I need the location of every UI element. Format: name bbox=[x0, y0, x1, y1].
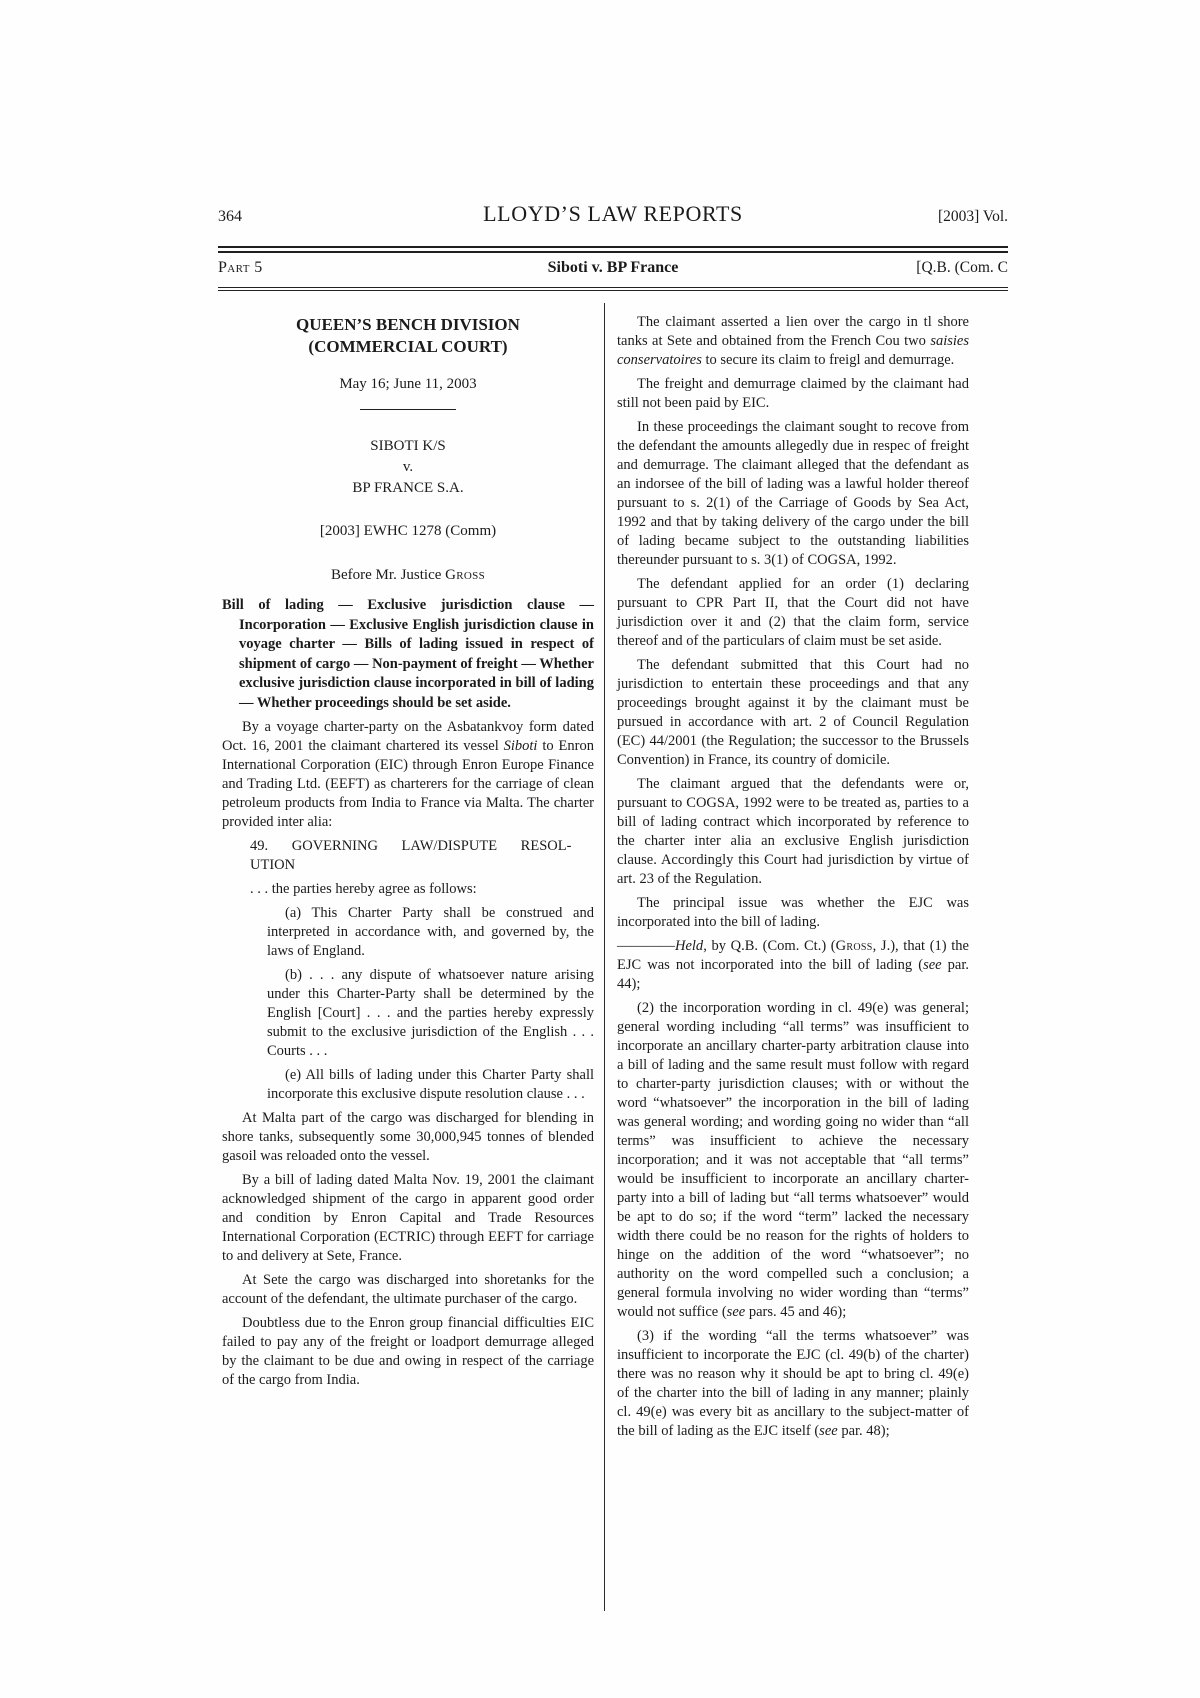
publication-title: LLOYD’S LAW REPORTS bbox=[368, 201, 858, 227]
part-label: Part 5 bbox=[218, 259, 368, 277]
judge-line: Before Mr. Justice Gross bbox=[222, 566, 594, 585]
column-divider bbox=[604, 303, 605, 1611]
proceedings-paragraph: In these proceedings the claimant sought… bbox=[617, 418, 969, 570]
facts-paragraph: By a voyage charter-party on the Asbatan… bbox=[222, 718, 594, 832]
claimant-name: SIBOTI K/S bbox=[222, 436, 594, 457]
page: 364 LLOYD’S LAW REPORTS [2003] Vol. Part… bbox=[0, 0, 1200, 1698]
submissions-paragraph: The claimant argued that the defendants … bbox=[617, 775, 969, 889]
facts-paragraph: By a bill of lading dated Malta Nov. 19,… bbox=[222, 1171, 594, 1266]
facts-paragraph: The freight and demurrage claimed by the… bbox=[617, 375, 969, 413]
proceedings-paragraph: The defendant applied for an order (1) d… bbox=[617, 575, 969, 651]
running-head: Part 5 Siboti v. BP France [Q.B. (Com. C bbox=[218, 259, 1008, 277]
held-paragraph: (2) the incorporation wording in cl. 49(… bbox=[617, 999, 969, 1322]
defendant-name: BP FRANCE S.A. bbox=[222, 478, 594, 499]
hearing-dates: May 16; June 11, 2003 bbox=[222, 375, 594, 394]
charter-clause-e: (e) All bills of lading under this Chart… bbox=[267, 1066, 594, 1104]
running-case-name: Siboti v. BP France bbox=[368, 259, 858, 277]
held-paragraph: ————Held, by Q.B. (Com. Ct.) (Gross, J.)… bbox=[617, 937, 969, 994]
header-double-rule bbox=[218, 246, 1008, 253]
neutral-citation: [2003] EWHC 1278 (Comm) bbox=[222, 522, 594, 541]
right-column: The claimant asserted a lien over the ca… bbox=[617, 300, 969, 1441]
judge-name: Gross bbox=[445, 567, 485, 583]
page-header: 364 LLOYD’S LAW REPORTS [2003] Vol. bbox=[218, 201, 1008, 227]
left-paragraphs: Bill of lading — Exclusive jurisdiction … bbox=[222, 596, 594, 1390]
italic-text: Held bbox=[675, 938, 703, 954]
italic-text: see bbox=[727, 1304, 746, 1320]
versus-label: v. bbox=[222, 457, 594, 478]
separator-rule bbox=[360, 409, 456, 410]
submissions-paragraph: The defendant submitted that this Court … bbox=[617, 656, 969, 770]
italic-text: saisies conservatoires bbox=[617, 333, 969, 368]
subheader-rule bbox=[218, 287, 1008, 291]
facts-paragraph: Doubtless due to the Enron group financi… bbox=[222, 1314, 594, 1390]
charter-clause-b: (b) . . . any dispute of whatsoever natu… bbox=[267, 966, 594, 1061]
charter-clause-heading: 49. GOVERNING LAW/DISPUTE RESOL-UTION bbox=[250, 837, 594, 875]
court-title-line2: (COMMERCIAL COURT) bbox=[222, 336, 594, 358]
left-column: QUEEN’S BENCH DIVISION (COMMERCIAL COURT… bbox=[222, 300, 594, 1390]
charter-clause-intro: . . . the parties hereby agree as follow… bbox=[250, 880, 594, 899]
before-prefix: Before Mr. Justice bbox=[331, 567, 445, 583]
smallcaps-text: Gross bbox=[836, 938, 873, 954]
issue-paragraph: The principal issue was whether the EJC … bbox=[617, 894, 969, 932]
volume-label: [2003] Vol. bbox=[858, 208, 1008, 226]
right-paragraphs: The claimant asserted a lien over the ca… bbox=[617, 313, 969, 1441]
italic-text: see bbox=[923, 957, 942, 973]
page-number: 364 bbox=[218, 208, 368, 226]
facts-paragraph: The claimant asserted a lien over the ca… bbox=[617, 313, 969, 370]
headnote-catchwords: Bill of lading — Exclusive jurisdiction … bbox=[222, 596, 594, 713]
court-abbrev: [Q.B. (Com. C bbox=[858, 259, 1008, 277]
held-paragraph: (3) if the wording “all the terms whatso… bbox=[617, 1327, 969, 1441]
facts-paragraph: At Sete the cargo was discharged into sh… bbox=[222, 1271, 594, 1309]
italic-text: Siboti bbox=[504, 738, 538, 754]
charter-clause-a: (a) This Charter Party shall be construe… bbox=[267, 904, 594, 961]
court-title-line1: QUEEN’S BENCH DIVISION bbox=[222, 314, 594, 336]
facts-paragraph: At Malta part of the cargo was discharge… bbox=[222, 1109, 594, 1166]
italic-text: see bbox=[819, 1423, 838, 1439]
